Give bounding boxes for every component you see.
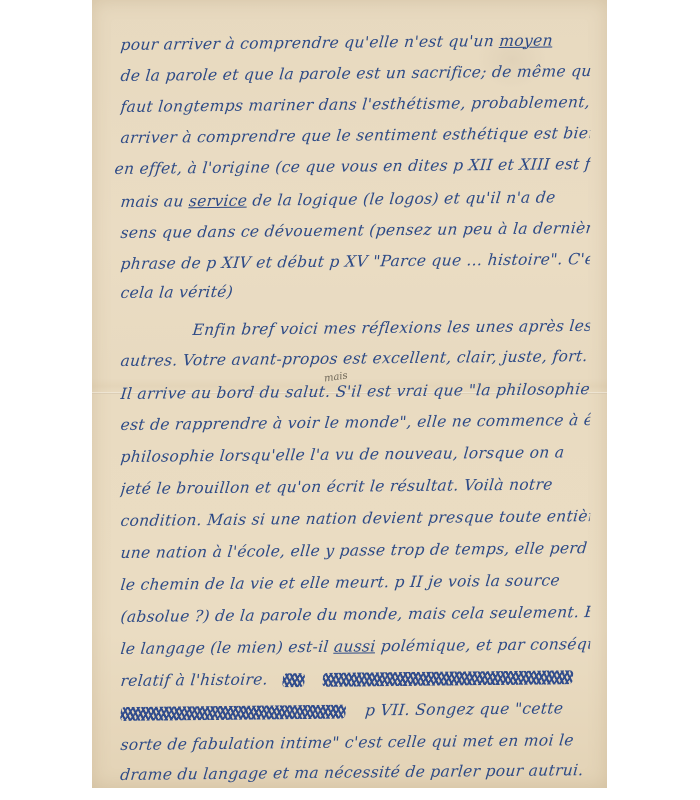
text-line: jeté le brouillon et qu'on écrit le résu…: [119, 475, 591, 510]
text-line: Il arrive au bord du salut. S'il est vra…: [119, 380, 591, 415]
text-line: le langage (le mien) est-il aussi polémi…: [119, 635, 591, 670]
text-line: sorte de fabulation intime" c'est celle …: [119, 731, 591, 766]
underlined-word: aussi: [333, 637, 376, 655]
text-line: autres. Votre avant-propos est excellent…: [119, 347, 591, 382]
letter-paper: pour arriver à comprendre qu'elle n'est …: [92, 0, 607, 788]
line-20: le langage (le mien) est-il aussi polémi…: [120, 635, 591, 658]
line-17: une nation à l'école, elle y passe trop …: [120, 539, 589, 562]
text-line: arriver à comprendre que le sentiment es…: [119, 124, 591, 159]
line-18: le chemin de la vie et elle meurt. p II …: [120, 571, 561, 594]
line-6: mais au service de la logique (le logos)…: [120, 188, 557, 211]
crossed-out-text: [322, 670, 574, 687]
line-5: en effet, à l'origine (ce que vous en di…: [114, 155, 591, 178]
text-line: condition. Mais si une nation devient pr…: [119, 507, 591, 542]
text-line: Enfin bref voici mes réflexions les unes…: [191, 317, 591, 351]
text-line: cela la vérité): [119, 279, 591, 314]
handwritten-text: pour arriver à comprendre qu'elle n'est …: [92, 0, 607, 788]
line-8: phrase de p XIV et début p XV "Parce que…: [120, 250, 591, 273]
text-line: p VII. Songez que "cette: [119, 699, 591, 734]
line-15: jeté le brouillon et qu'on écrit le résu…: [120, 475, 554, 498]
line-16: condition. Mais si une nation devient pr…: [120, 507, 591, 530]
crossed-out-text: [120, 705, 347, 721]
line-7: sens que dans ce dévouement (pensez un p…: [120, 219, 591, 242]
line-9: cela la vérité): [120, 283, 234, 302]
line-14: philosophie lorsqu'elle l'a vu de nouvea…: [120, 443, 566, 466]
text-line: sens que dans ce dévouement (pensez un p…: [119, 219, 591, 254]
line-22: p VII. Songez que "cette: [364, 699, 564, 719]
text-line: est de rapprendre à voir le monde", elle…: [119, 411, 591, 446]
line-3: faut longtemps mariner dans l'esthétisme…: [120, 93, 591, 116]
text-line: faut longtemps mariner dans l'esthétisme…: [119, 93, 591, 128]
line-4: arriver à comprendre que le sentiment es…: [120, 124, 591, 147]
text-line: philosophie lorsqu'elle l'a vu de nouvea…: [119, 443, 591, 478]
line-11: autres. Votre avant-propos est excellent…: [120, 347, 589, 370]
text-line: mais au service de la logique (le logos)…: [119, 188, 591, 223]
line-10: Enfin bref voici mes réflexions les unes…: [192, 317, 591, 339]
text-line: drame du langage et ma nécessité de parl…: [119, 761, 591, 788]
line-2: de la parole et que la parole est un sac…: [120, 62, 591, 85]
text-line: (absolue ?) de la parole du monde, mais …: [119, 603, 591, 638]
line-13: est de rapprendre à voir le monde", elle…: [120, 411, 591, 434]
line-23: sorte de fabulation intime" c'est celle …: [120, 731, 575, 754]
line-21: relatif à l'histoire.: [120, 670, 269, 690]
line-19: (absolue ?) de la parole du monde, mais …: [120, 603, 591, 626]
page-canvas: pour arriver à comprendre qu'elle n'est …: [0, 0, 700, 800]
text-line: pour arriver à comprendre qu'elle n'est …: [119, 31, 591, 66]
underlined-word: service: [188, 192, 248, 211]
line-12: Il arrive au bord du salut. S'il est vra…: [120, 380, 591, 403]
line-1: pour arriver à comprendre qu'elle n'est …: [120, 31, 554, 54]
text-line: relatif à l'histoire.: [119, 667, 591, 702]
underlined-word: moyen: [499, 31, 554, 50]
text-line: en effet, à l'origine (ce que vous en di…: [113, 155, 591, 190]
text-line: une nation à l'école, elle y passe trop …: [119, 539, 591, 574]
crossed-out-text: [282, 673, 305, 687]
line-24: drame du langage et ma nécessité de parl…: [119, 761, 584, 784]
text-line: le chemin de la vie et elle meurt. p II …: [119, 571, 591, 606]
text-line: de la parole et que la parole est un sac…: [119, 62, 591, 97]
